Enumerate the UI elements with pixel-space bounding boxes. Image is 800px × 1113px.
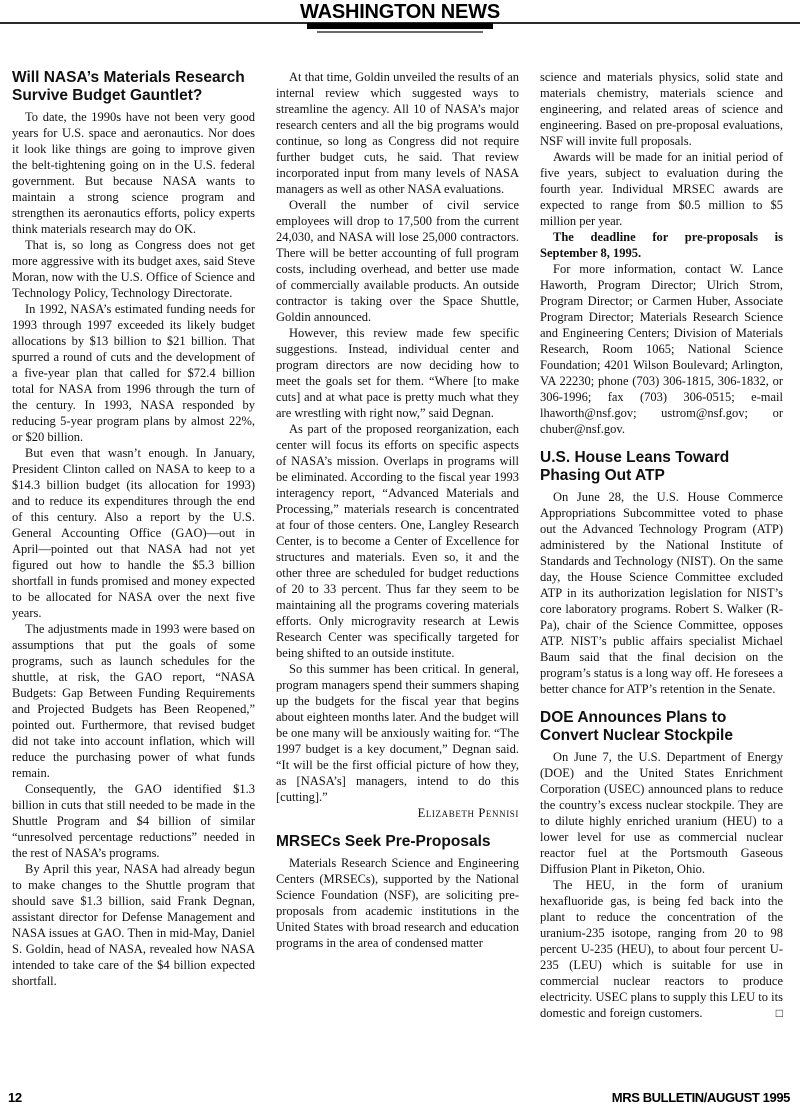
- article-paragraph: That is, so long as Congress does not ge…: [12, 237, 255, 301]
- article-paragraph: To date, the 1990s have not been very go…: [12, 109, 255, 237]
- article-paragraph: At that time, Goldin unveiled the result…: [276, 69, 519, 197]
- article-paragraph: However, this review made few specific s…: [276, 325, 519, 421]
- article-paragraph: But even that wasn’t enough. In January,…: [12, 445, 255, 621]
- article-paragraph: The adjustments made in 1993 were based …: [12, 621, 255, 781]
- masthead-thick-bar: [307, 23, 493, 29]
- article-columns: Will NASA’s Materials Research Survive B…: [0, 33, 800, 1021]
- article-paragraph: On June 28, the U.S. House Commerce Appr…: [540, 489, 783, 697]
- column-3: science and materials physics, solid sta…: [540, 69, 783, 1021]
- article-heading-mrsec: MRSECs Seek Pre-Proposals: [276, 833, 519, 851]
- page-footer: 12 MRS BULLETIN/AUGUST 1995: [0, 1089, 800, 1105]
- newsletter-page: WASHINGTON NEWS Will NASA’s Materials Re…: [0, 0, 800, 1113]
- column-2: At that time, Goldin unveiled the result…: [276, 69, 519, 1021]
- article-paragraph: Materials Research Science and Engineeri…: [276, 855, 519, 951]
- deadline-paragraph: The deadline for pre-proposals is Septem…: [540, 229, 783, 261]
- article-paragraph: On June 7, the U.S. Department of Energy…: [540, 749, 783, 877]
- column-1: Will NASA’s Materials Research Survive B…: [12, 69, 255, 1021]
- journal-name: MRS BULLETIN/AUGUST 1995: [612, 1090, 790, 1105]
- masthead: WASHINGTON NEWS: [0, 0, 800, 33]
- article-paragraph: So this summer has been critical. In gen…: [276, 661, 519, 805]
- article-heading-doe: DOE Announces Plans to Convert Nuclear S…: [540, 709, 783, 745]
- article-paragraph: Consequently, the GAO identified $1.3 bi…: [12, 781, 255, 861]
- article-heading-atp: U.S. House Leans Toward Phasing Out ATP: [540, 449, 783, 485]
- byline-author: Elizabeth Pennisi: [276, 805, 519, 821]
- article-heading-nasa: Will NASA’s Materials Research Survive B…: [12, 69, 255, 105]
- article-paragraph: By April this year, NASA had already beg…: [12, 861, 255, 989]
- article-paragraph: Awards will be made for an initial perio…: [540, 149, 783, 229]
- article-paragraph-continuation: science and materials physics, solid sta…: [540, 69, 783, 149]
- article-paragraph: In 1992, NASA’s estimated funding needs …: [12, 301, 255, 445]
- page-title: WASHINGTON NEWS: [0, 3, 800, 21]
- end-of-article-mark: □: [763, 1005, 783, 1021]
- article-paragraph: Overall the number of civil service empl…: [276, 197, 519, 325]
- page-number: 12: [8, 1090, 22, 1105]
- article-paragraph: As part of the proposed reorganization, …: [276, 421, 519, 661]
- article-paragraph: The HEU, in the form of uranium hexafluo…: [540, 877, 783, 1021]
- article-paragraph-text: The HEU, in the form of uranium hexafluo…: [540, 878, 783, 1020]
- contact-paragraph: For more information, contact W. Lance H…: [540, 261, 783, 437]
